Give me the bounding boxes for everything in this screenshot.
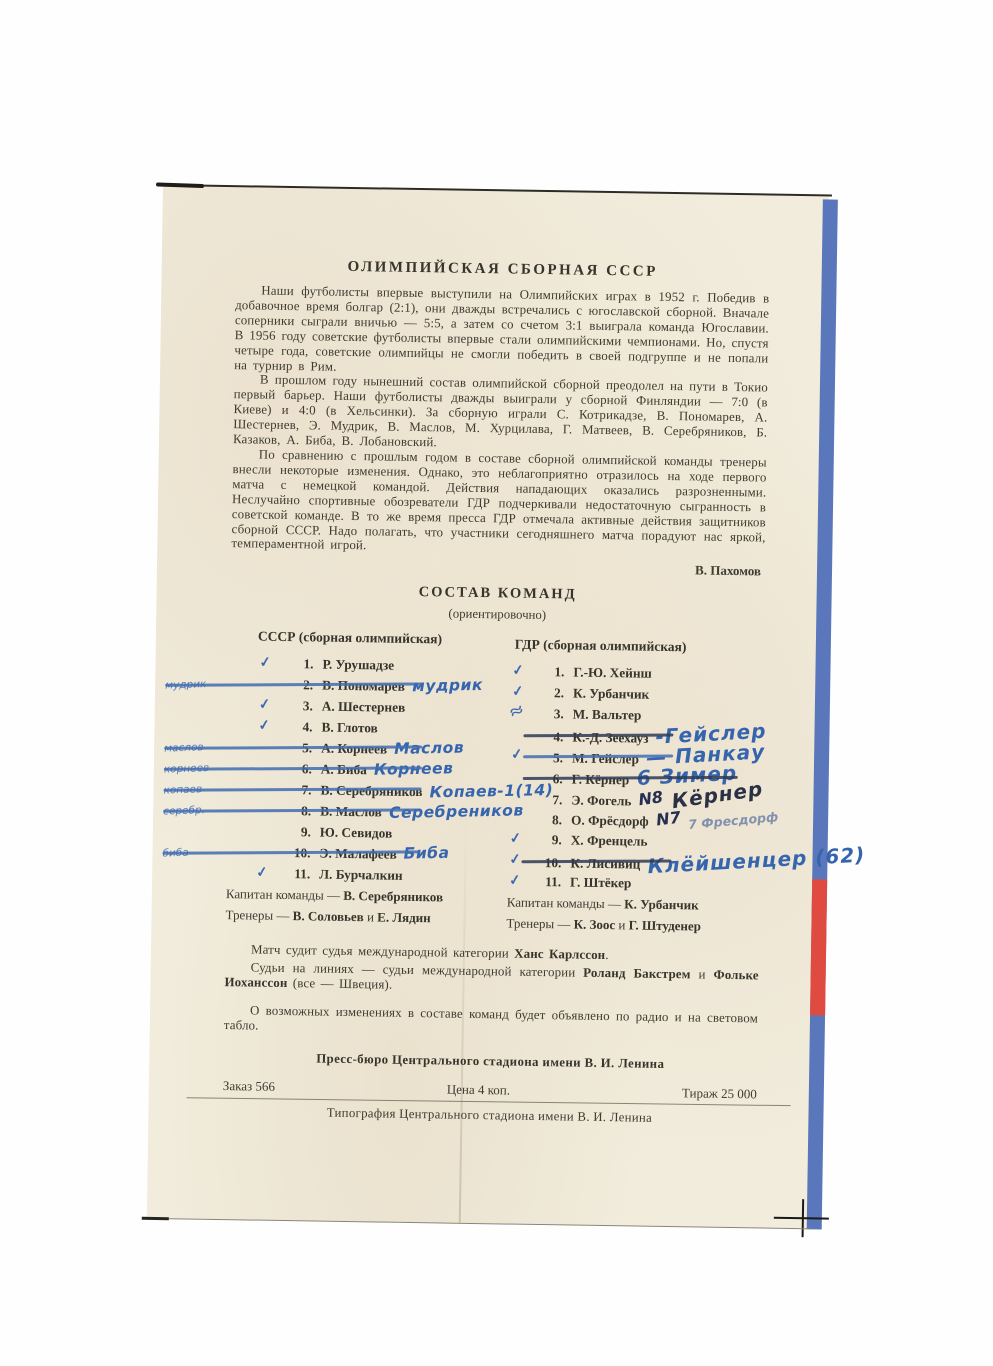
text-segment: К. Урбанчик: [624, 897, 699, 913]
lineup-subheading: (ориентировочно): [230, 603, 764, 626]
player-name: М. Гейслер: [572, 751, 639, 767]
player-name: В. Глотов: [321, 720, 377, 736]
scan-background: ОЛИМПИЙСКАЯ СБОРНАЯ СССР Наши футболисты…: [0, 0, 993, 1366]
match-officials: Матч судит судья международной категории…: [224, 942, 759, 1041]
article-body: Наши футболисты впервые выступили на Оли…: [231, 283, 769, 580]
check-icon: ✓: [508, 870, 522, 892]
team-column-gdr: ГДР (сборная олимпийская) ✓1.Г.-Ю. Хейнш…: [506, 637, 781, 938]
player-name: Р. Урушадзе: [322, 657, 394, 673]
handwriting-segment: Корнеев: [374, 759, 454, 782]
player-name: Э. Фогель: [571, 793, 631, 809]
page-top-edge-smudge: [156, 182, 204, 188]
text-segment: Г. Штуденер: [629, 918, 702, 934]
player-name: Г. Кёрнер: [572, 772, 630, 788]
player-name: К.-Д. Зеехауз: [572, 730, 648, 746]
player-number: 1.: [287, 653, 313, 674]
registration-cross-mark: [802, 1199, 805, 1237]
trainers-line: Тренеры — К. Зоос и Г. Штуденер: [506, 913, 776, 938]
player-name: К. Лисивиц: [570, 856, 640, 872]
player-row: ✓11.Г. Штёкер: [507, 871, 777, 896]
circulation: Тираж 25 000: [682, 1086, 757, 1103]
check-icon: ✓: [508, 849, 522, 871]
player-number: 8.: [536, 809, 562, 830]
text-segment: В. Серебряников: [343, 888, 443, 905]
player-name: В. Серебряников: [320, 783, 422, 800]
printer-line: Типография Центрального стадиона имени В…: [222, 1104, 756, 1127]
handwriting-segment: Биба: [404, 843, 450, 865]
linesmen-line: Судьи на линиях — судьи международной ка…: [224, 960, 758, 998]
text-segment: и: [691, 968, 714, 982]
lineup-heading: СОСТАВ КОМАНД: [231, 581, 765, 606]
player-list: ✓1.Р. Урушадзе мудрик 2.В. Пономаревмудр…: [226, 652, 525, 888]
page-content: ОЛИМПИЙСКАЯ СБОРНАЯ СССР Наши футболисты…: [222, 257, 769, 1128]
page-bottom-edge-smudge: [142, 1217, 169, 1220]
check-icon: ✓: [258, 694, 272, 716]
article-paragraph: Наши футболисты впервые выступили на Оли…: [234, 283, 769, 381]
player-name: К. Урбанчик: [573, 686, 649, 702]
article-byline: В. Пахомов: [231, 555, 765, 579]
handwriting-segment: N7: [655, 807, 682, 831]
text-segment: Роланд Бакстрем: [583, 966, 691, 982]
check-icon: ✓: [257, 715, 271, 737]
price: Цена 4 коп.: [447, 1082, 510, 1099]
text-segment: и: [364, 910, 378, 925]
player-name: М. Вальтер: [573, 707, 642, 723]
player-number: 3.: [287, 695, 313, 716]
handwriting-segment: N8: [637, 787, 664, 811]
handwritten-annotation: Корнеев: [374, 763, 454, 779]
handwriting-segment: Маслов: [394, 738, 464, 760]
player-number: 4.: [286, 716, 312, 737]
text-segment: Матч судит судья международной категории: [251, 943, 514, 961]
handwritten-annotation: Маслов: [394, 742, 464, 758]
player-name: Л. Бурчалкин: [319, 867, 403, 883]
text-segment: Капитан команды —: [507, 895, 625, 912]
text-segment: Тренеры —: [506, 916, 573, 932]
player-name: В. Пономарев: [322, 678, 405, 694]
cover-edge-strip-blue: [807, 199, 838, 1229]
player-number: 3.: [538, 703, 564, 724]
player-name: Х. Френцель: [571, 833, 648, 849]
player-name: Э. Малафеев: [319, 846, 397, 862]
text-segment: К. Зоос: [574, 917, 616, 933]
text-segment: Тренеры —: [225, 907, 292, 923]
player-name: Ю. Севидов: [320, 825, 393, 841]
team-column-ussr: СССР (сборная олимпийская) ✓1.Р. Урушадз…: [225, 628, 525, 930]
player-number: 11.: [284, 863, 310, 884]
page-top-edge-shadow: [159, 184, 832, 197]
cover-edge-strip-red: [810, 879, 827, 1015]
trainers-line: Тренеры — В. Соловьев и Е. Лядин: [225, 904, 520, 930]
player-name: Г. Штёкер: [570, 875, 632, 891]
player-number: 1.: [538, 661, 564, 682]
player-number: 2.: [538, 682, 564, 703]
text-segment: (все — Швеция).: [287, 976, 392, 992]
changes-notice: О возможных изменениях в составе команд …: [224, 1003, 758, 1041]
text-segment: Капитан команды —: [226, 886, 344, 903]
check-icon: ✓: [255, 862, 269, 884]
player-number: 11.: [535, 871, 561, 892]
article-paragraph: По сравнению с прошлым годом в составе с…: [231, 447, 767, 560]
page-bottom-edge-shadow: [147, 1218, 813, 1229]
check-icon: ✓: [258, 652, 272, 674]
order-number: Заказ 566: [223, 1078, 275, 1095]
player-number: 9.: [536, 829, 562, 850]
text-segment: и: [615, 918, 629, 933]
press-bureau-line: Пресс-бюро Центрального стадиона имени В…: [223, 1050, 757, 1073]
team-header: СССР (сборная олимпийская): [258, 629, 525, 649]
handwriting-segment: Серебреников: [389, 801, 524, 825]
handwriting-segment: мудрик: [412, 675, 483, 697]
article-paragraph: В прошлом году нынешний состав олимпийск…: [233, 373, 768, 456]
player-name: О. Фрёсдорф: [571, 813, 649, 829]
player-list: ✓1.Г.-Ю. Хейнш ✓2.К. Урбанчик ≈3.М. Валь…: [507, 661, 781, 896]
article-title: ОЛИМПИЙСКАЯ СБОРНАЯ СССР: [236, 257, 770, 282]
check-icon: ≈: [507, 699, 527, 723]
team-header: ГДР (сборная олимпийская): [515, 637, 781, 657]
text-segment: .: [605, 948, 609, 962]
player-number: 9.: [285, 821, 311, 842]
text-segment: Е. Лядин: [377, 910, 431, 926]
team-lineups: СССР (сборная олимпийская) ✓1.Р. Урушадз…: [225, 628, 764, 938]
text-segment: В. Соловьев: [293, 908, 364, 924]
check-icon: ✓: [510, 744, 524, 766]
check-icon: ✓: [509, 828, 523, 850]
player-name: Г.-Ю. Хейнш: [573, 665, 652, 681]
check-icon: ✓: [511, 660, 525, 682]
text-segment: О возможных изменениях в составе команд …: [224, 1004, 758, 1033]
handwritten-annotation: N77 Фресдорф: [656, 814, 779, 831]
text-segment: Ханс Карлссон: [514, 947, 605, 962]
player-name: А. Шестернев: [322, 699, 406, 715]
program-page: ОЛИМПИЙСКАЯ СБОРНАЯ СССР Наши футболисты…: [147, 186, 829, 1228]
